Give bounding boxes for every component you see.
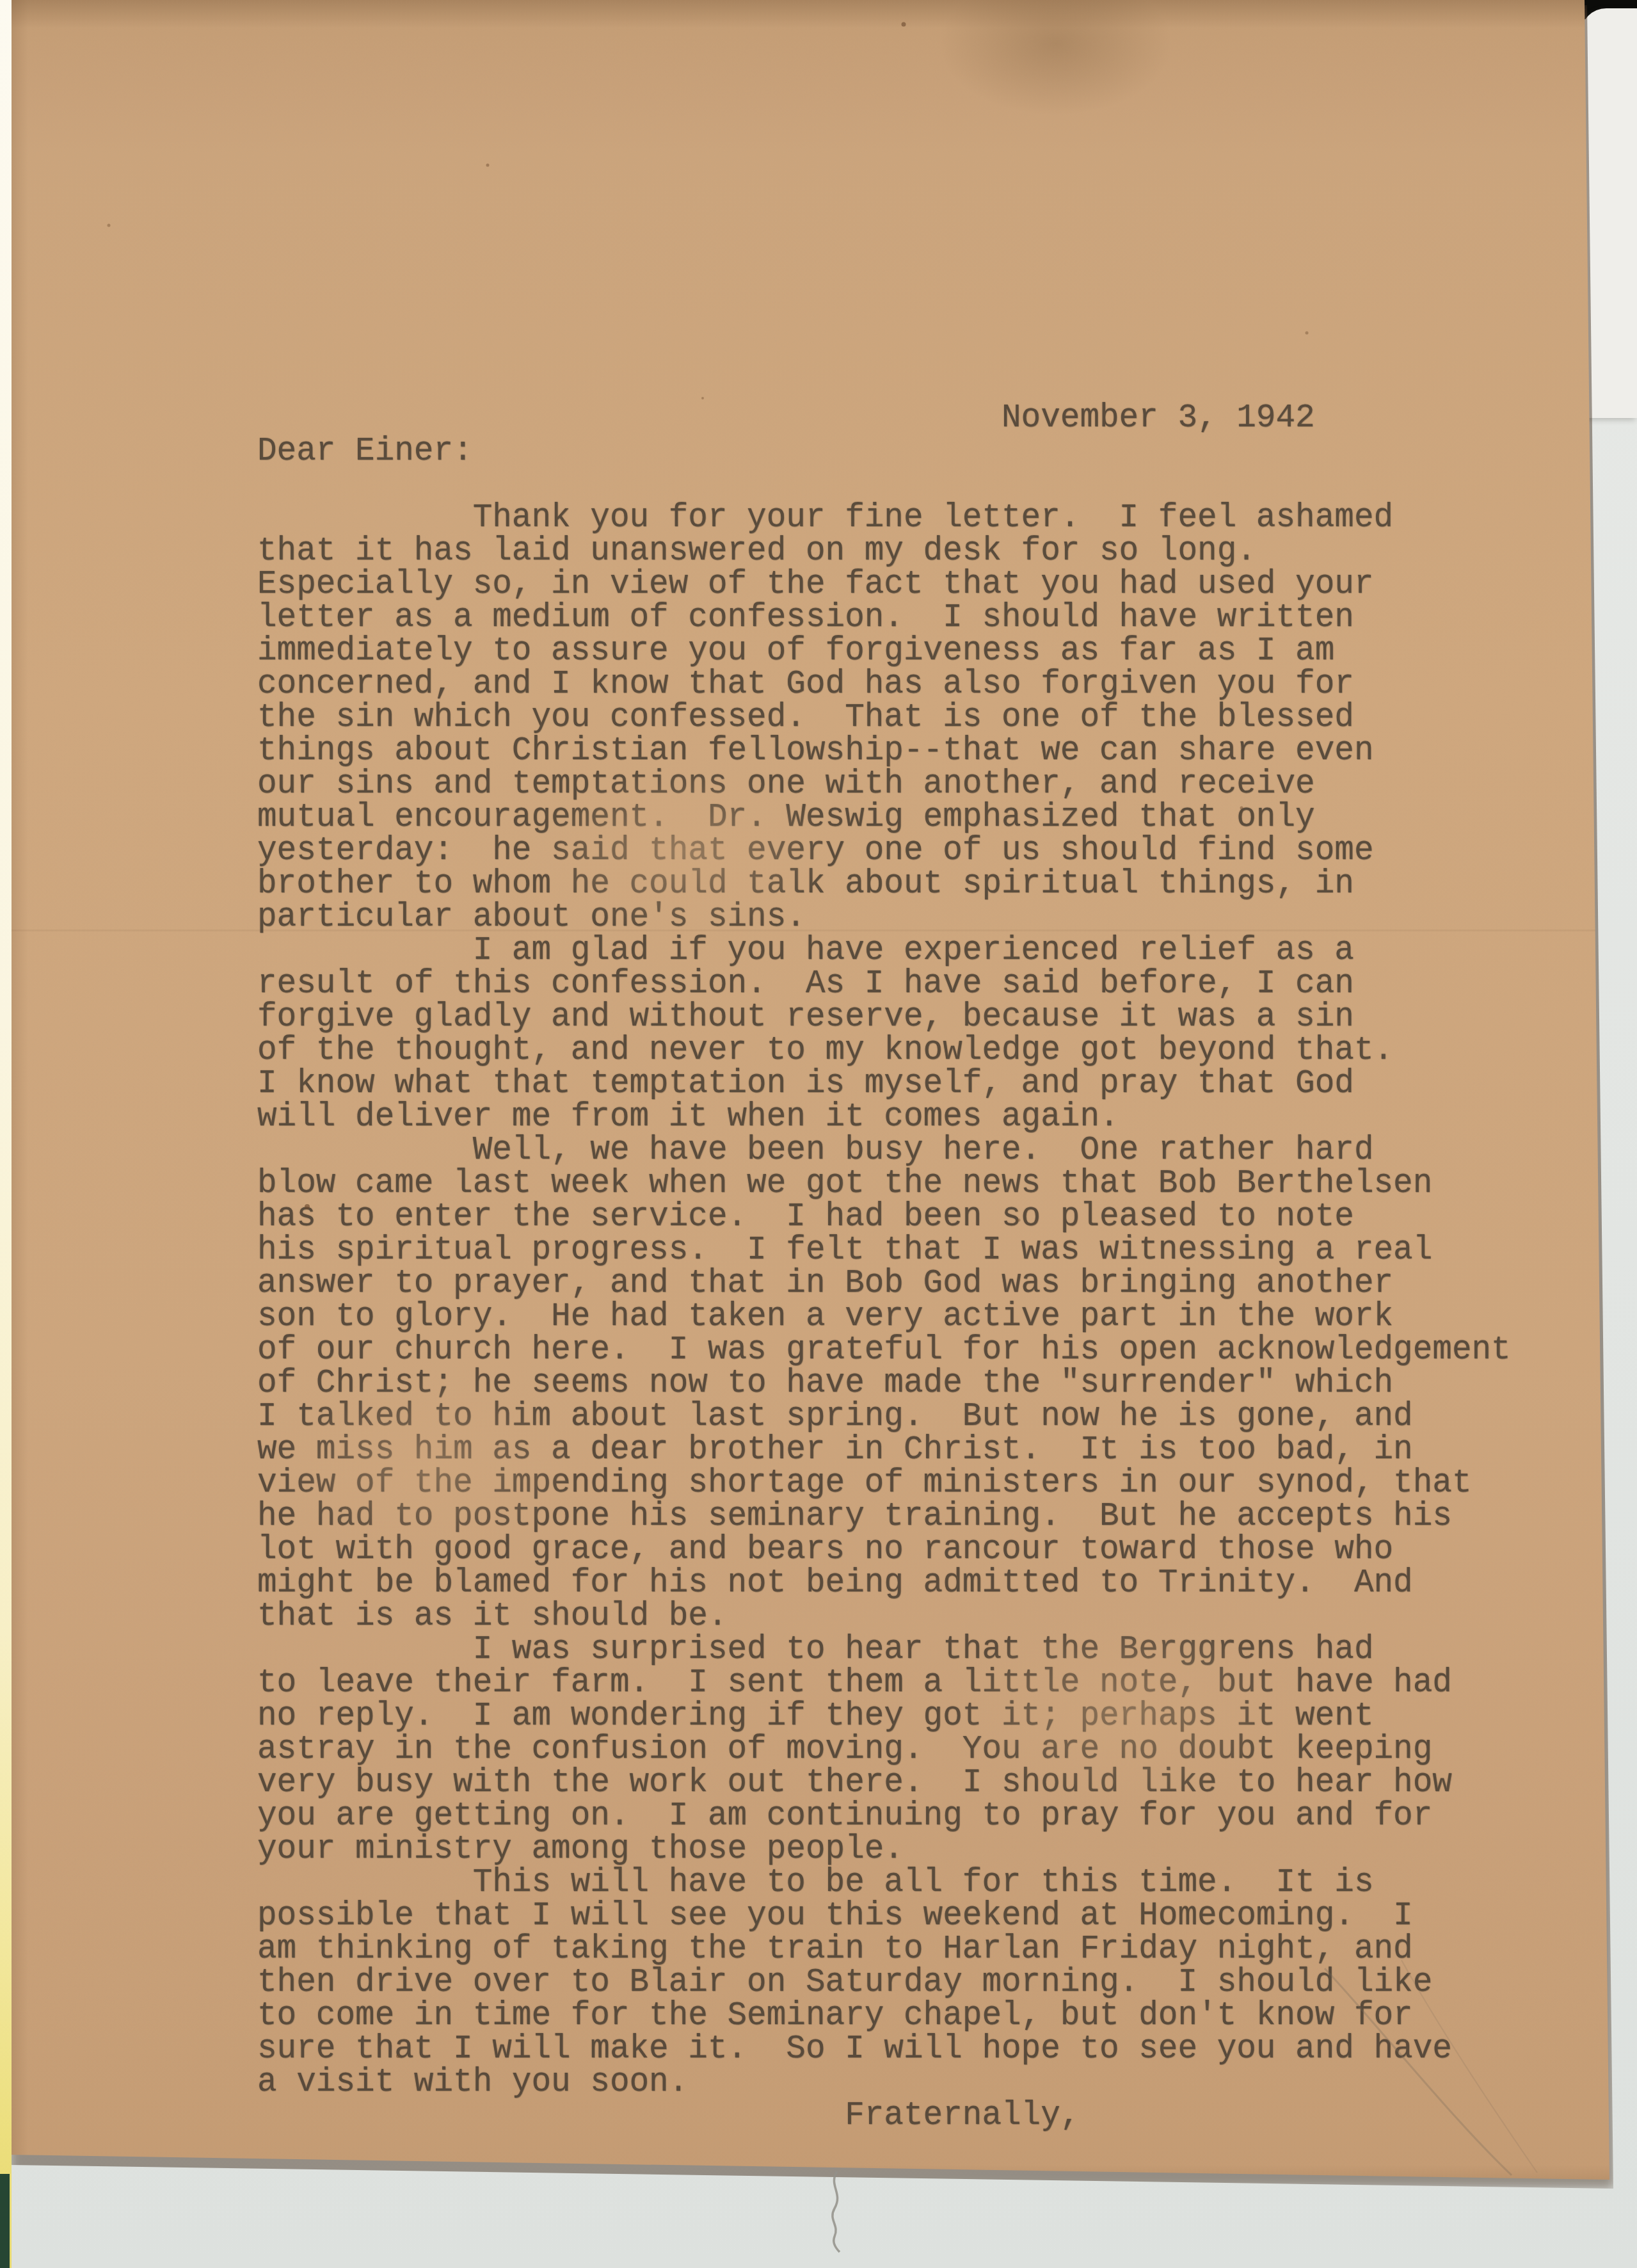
pencil-scratch: [1325, 1960, 1537, 2175]
scanner-edge-strip: [0, 0, 12, 2268]
paper-specks: [6, 0, 1613, 2184]
scanner-edge-green: [0, 2174, 10, 2268]
scanned-document: November 3, 1942 Dear Einer: Thank you f…: [0, 0, 1637, 2268]
letter-sheet: November 3, 1942 Dear Einer: Thank you f…: [6, 0, 1613, 2184]
